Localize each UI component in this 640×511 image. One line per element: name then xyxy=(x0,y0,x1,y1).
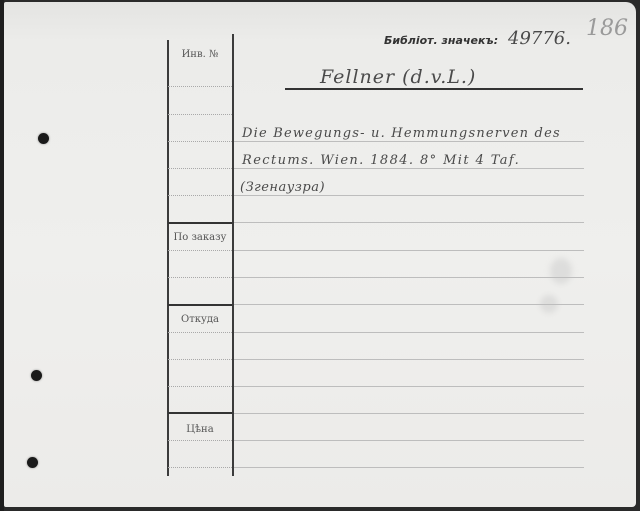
ruled-line xyxy=(168,332,232,333)
entry-line-2: Rectums. Wien. 1884. 8° Mit 4 Taf. xyxy=(242,153,520,168)
ruled-line xyxy=(168,359,232,360)
ruled-line xyxy=(168,195,232,196)
column-border-left xyxy=(167,40,169,476)
ruled-line xyxy=(234,332,584,333)
ruled-line xyxy=(168,86,232,87)
ruled-line xyxy=(234,304,584,305)
label-by-order: По заказу xyxy=(168,232,232,243)
library-mark-value: 49776. xyxy=(508,28,571,49)
author-underline xyxy=(285,88,583,90)
ruled-line xyxy=(168,114,232,115)
label-source: Откуда xyxy=(168,314,232,325)
section-divider xyxy=(168,222,232,224)
ruled-line xyxy=(234,141,584,142)
ruled-line xyxy=(168,467,232,468)
ruled-line xyxy=(234,467,584,468)
ruled-line xyxy=(234,222,584,223)
ruled-line xyxy=(234,359,584,360)
ruled-line xyxy=(168,168,232,169)
punch-hole-icon xyxy=(31,370,42,381)
ruled-line xyxy=(168,141,232,142)
ruled-line xyxy=(168,440,232,441)
entry-line-3: (Згенаузра) xyxy=(240,180,325,195)
section-divider xyxy=(168,304,232,306)
column-border-right xyxy=(232,34,234,476)
ruled-line xyxy=(168,250,232,251)
ruled-line xyxy=(234,413,584,414)
ruled-line xyxy=(168,386,232,387)
ruled-line xyxy=(234,195,584,196)
library-mark-label: Библіот. значекъ: xyxy=(384,34,498,47)
ruled-line xyxy=(234,168,584,169)
author-heading: Fellner (d.v.L.) xyxy=(320,66,476,88)
punch-hole-icon xyxy=(27,457,38,468)
ruled-line xyxy=(168,277,232,278)
ruled-line xyxy=(234,386,584,387)
ruled-line xyxy=(234,277,584,278)
label-price: Цѣна xyxy=(168,424,232,435)
ruled-line xyxy=(234,440,584,441)
label-inventory-number: Инв. № xyxy=(168,48,232,61)
punch-hole-icon xyxy=(38,133,49,144)
section-divider xyxy=(168,412,232,414)
entry-line-1: Die Bewegungs- u. Hemmungsnerven des xyxy=(242,126,561,141)
corner-note: 186 xyxy=(586,16,628,41)
ruled-line xyxy=(234,250,584,251)
paper-stain xyxy=(550,258,572,284)
